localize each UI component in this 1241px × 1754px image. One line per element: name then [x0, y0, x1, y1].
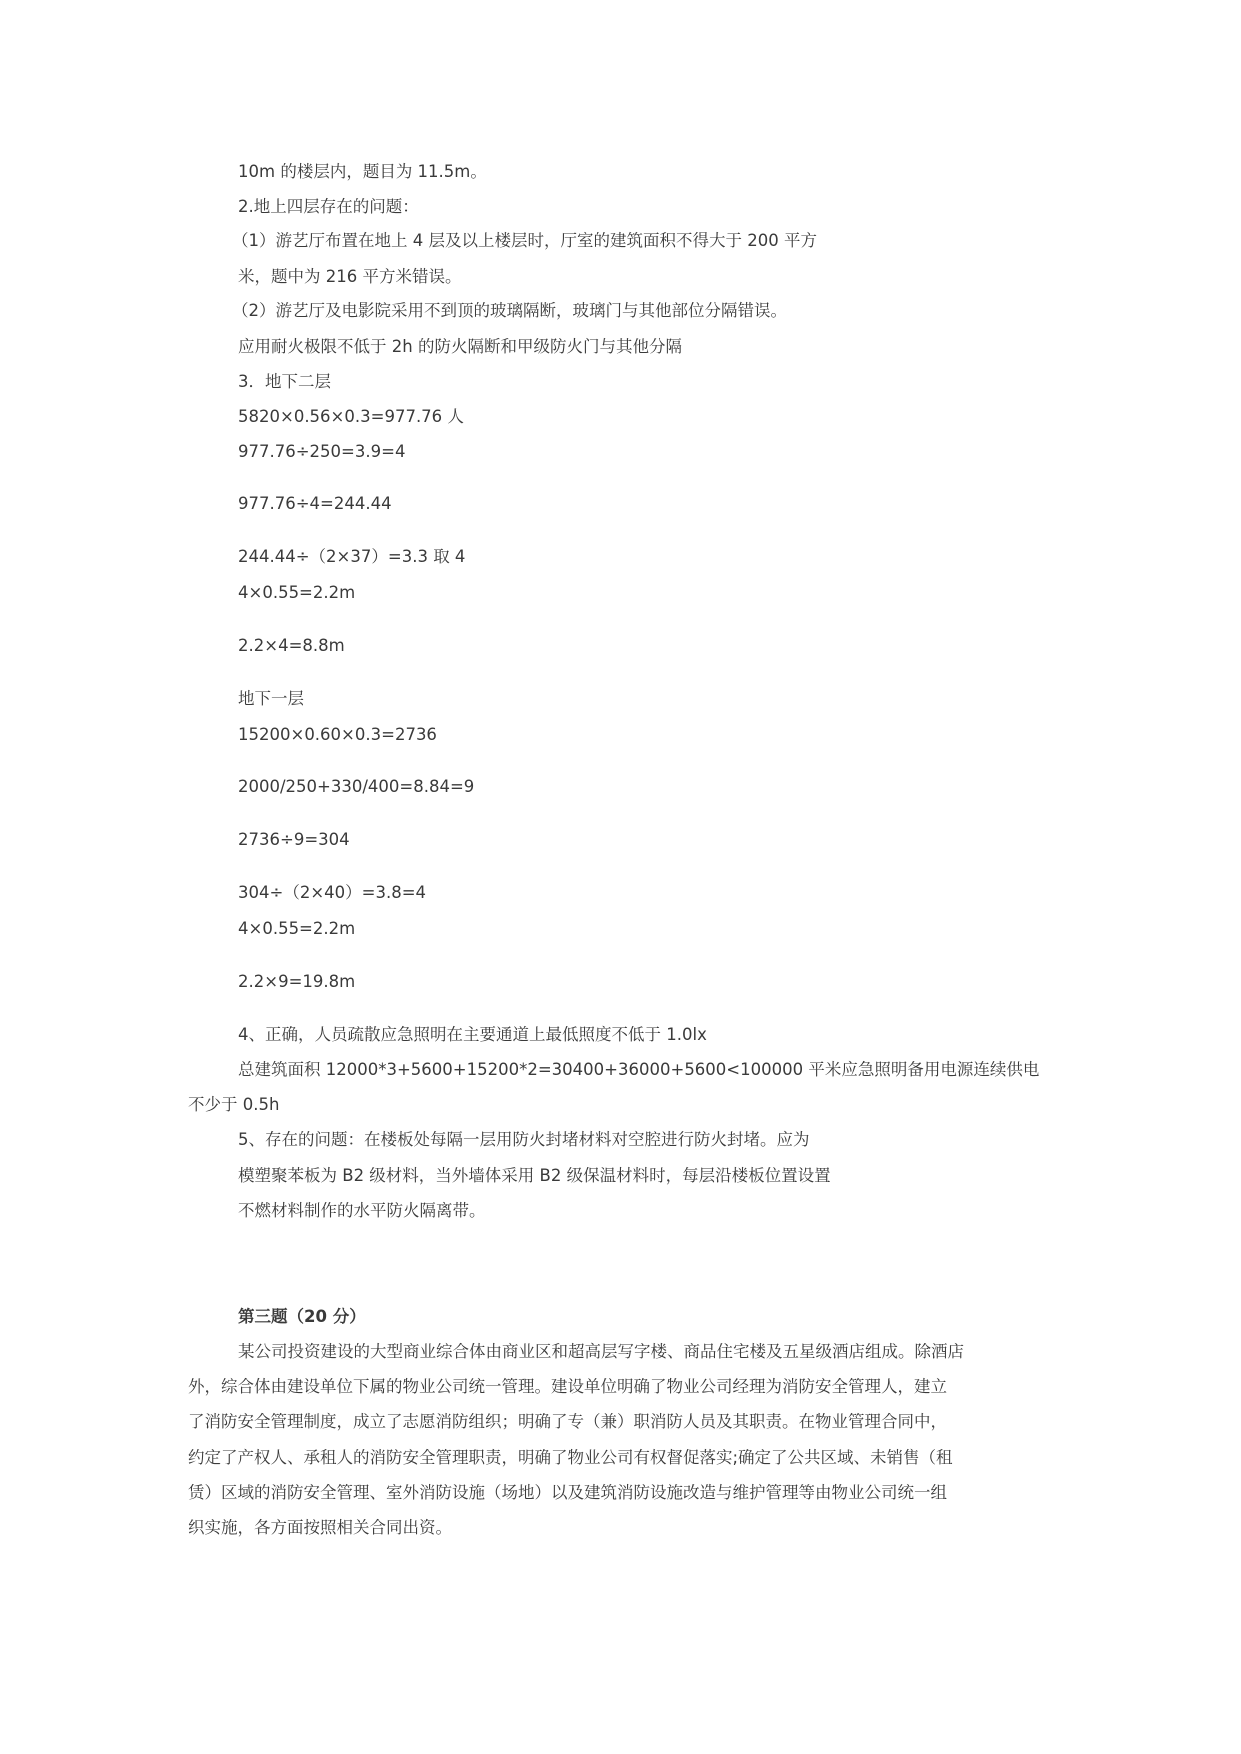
paragraph-line: 10m 的楼层内，题目为 11.5m。: [238, 161, 487, 183]
calc-line: 5820×0.56×0.3=977.76 人: [238, 406, 464, 428]
paragraph-line: 外，综合体由建设单位下属的物业公司统一管理。建设单位明确了物业公司经理为消防安全…: [188, 1376, 947, 1398]
calc-line: 244.44÷（2×37）=3.3 取 4: [238, 546, 465, 568]
paragraph-line: 4、正确，人员疏散应急照明在主要通道上最低照度不低于 1.0lx: [238, 1024, 707, 1046]
paragraph-line: 不少于 0.5h: [188, 1094, 279, 1116]
calc-line: 2736÷9=304: [238, 829, 350, 851]
section-heading: 3．地下二层: [238, 371, 331, 393]
paragraph-line: 总建筑面积 12000*3+5600+15200*2=30400+36000+5…: [238, 1059, 1039, 1081]
calc-line: 304÷（2×40）=3.8=4: [238, 882, 426, 904]
paragraph-line: 赁）区域的消防安全管理、室外消防设施（场地）以及建筑消防设施改造与维护管理等由物…: [188, 1482, 947, 1504]
paragraph-line: 应用耐火极限不低于 2h 的防火隔断和甲级防火门与其他分隔: [238, 336, 682, 358]
paragraph-line: 米，题中为 216 平方米错误。: [238, 266, 461, 288]
calc-line: 4×0.55=2.2m: [238, 918, 355, 940]
paragraph-line: 模塑聚苯板为 B2 级材料，当外墙体采用 B2 级保温材料时，每层沿楼板位置设置: [238, 1165, 831, 1187]
paragraph-line: 织实施，各方面按照相关合同出资。: [188, 1517, 452, 1539]
paragraph-line: 了消防安全管理制度，成立了志愿消防组织；明确了专（兼）职消防人员及其职责。在物业…: [188, 1411, 947, 1433]
section-heading: 地下一层: [238, 688, 304, 710]
paragraph-line: （2）游艺厅及电影院采用不到顶的玻璃隔断，玻璃门与其他部位分隔错误。: [232, 300, 787, 322]
document-page: 10m 的楼层内，题目为 11.5m。 2.地上四层存在的问题： （1）游艺厅布…: [0, 0, 1241, 1754]
paragraph-line: （1）游艺厅布置在地上 4 层及以上楼层时，厅室的建筑面积不得大于 200 平方: [232, 230, 817, 252]
calc-line: 977.76÷250=3.9=4: [238, 441, 405, 463]
calc-line: 2.2×9=19.8m: [238, 971, 355, 993]
calc-line: 2.2×4=8.8m: [238, 635, 345, 657]
question-title: 第三题（20 分）: [238, 1306, 366, 1328]
paragraph-line: 5、存在的问题：在楼板处每隔一层用防火封堵材料对空腔进行防火封堵。应为: [238, 1129, 810, 1151]
paragraph-line: 约定了产权人、承租人的消防安全管理职责，明确了物业公司有权督促落实;确定了公共区…: [188, 1447, 953, 1469]
paragraph-line: 不燃材料制作的水平防火隔离带。: [238, 1200, 486, 1222]
section-heading: 2.地上四层存在的问题：: [238, 196, 419, 218]
calc-line: 4×0.55=2.2m: [238, 582, 355, 604]
paragraph-line: 某公司投资建设的大型商业综合体由商业区和超高层写字楼、商品住宅楼及五星级酒店组成…: [238, 1341, 964, 1363]
calc-line: 977.76÷4=244.44: [238, 493, 392, 515]
calc-line: 2000/250+330/400=8.84=9: [238, 776, 474, 798]
calc-line: 15200×0.60×0.3=2736: [238, 724, 437, 746]
